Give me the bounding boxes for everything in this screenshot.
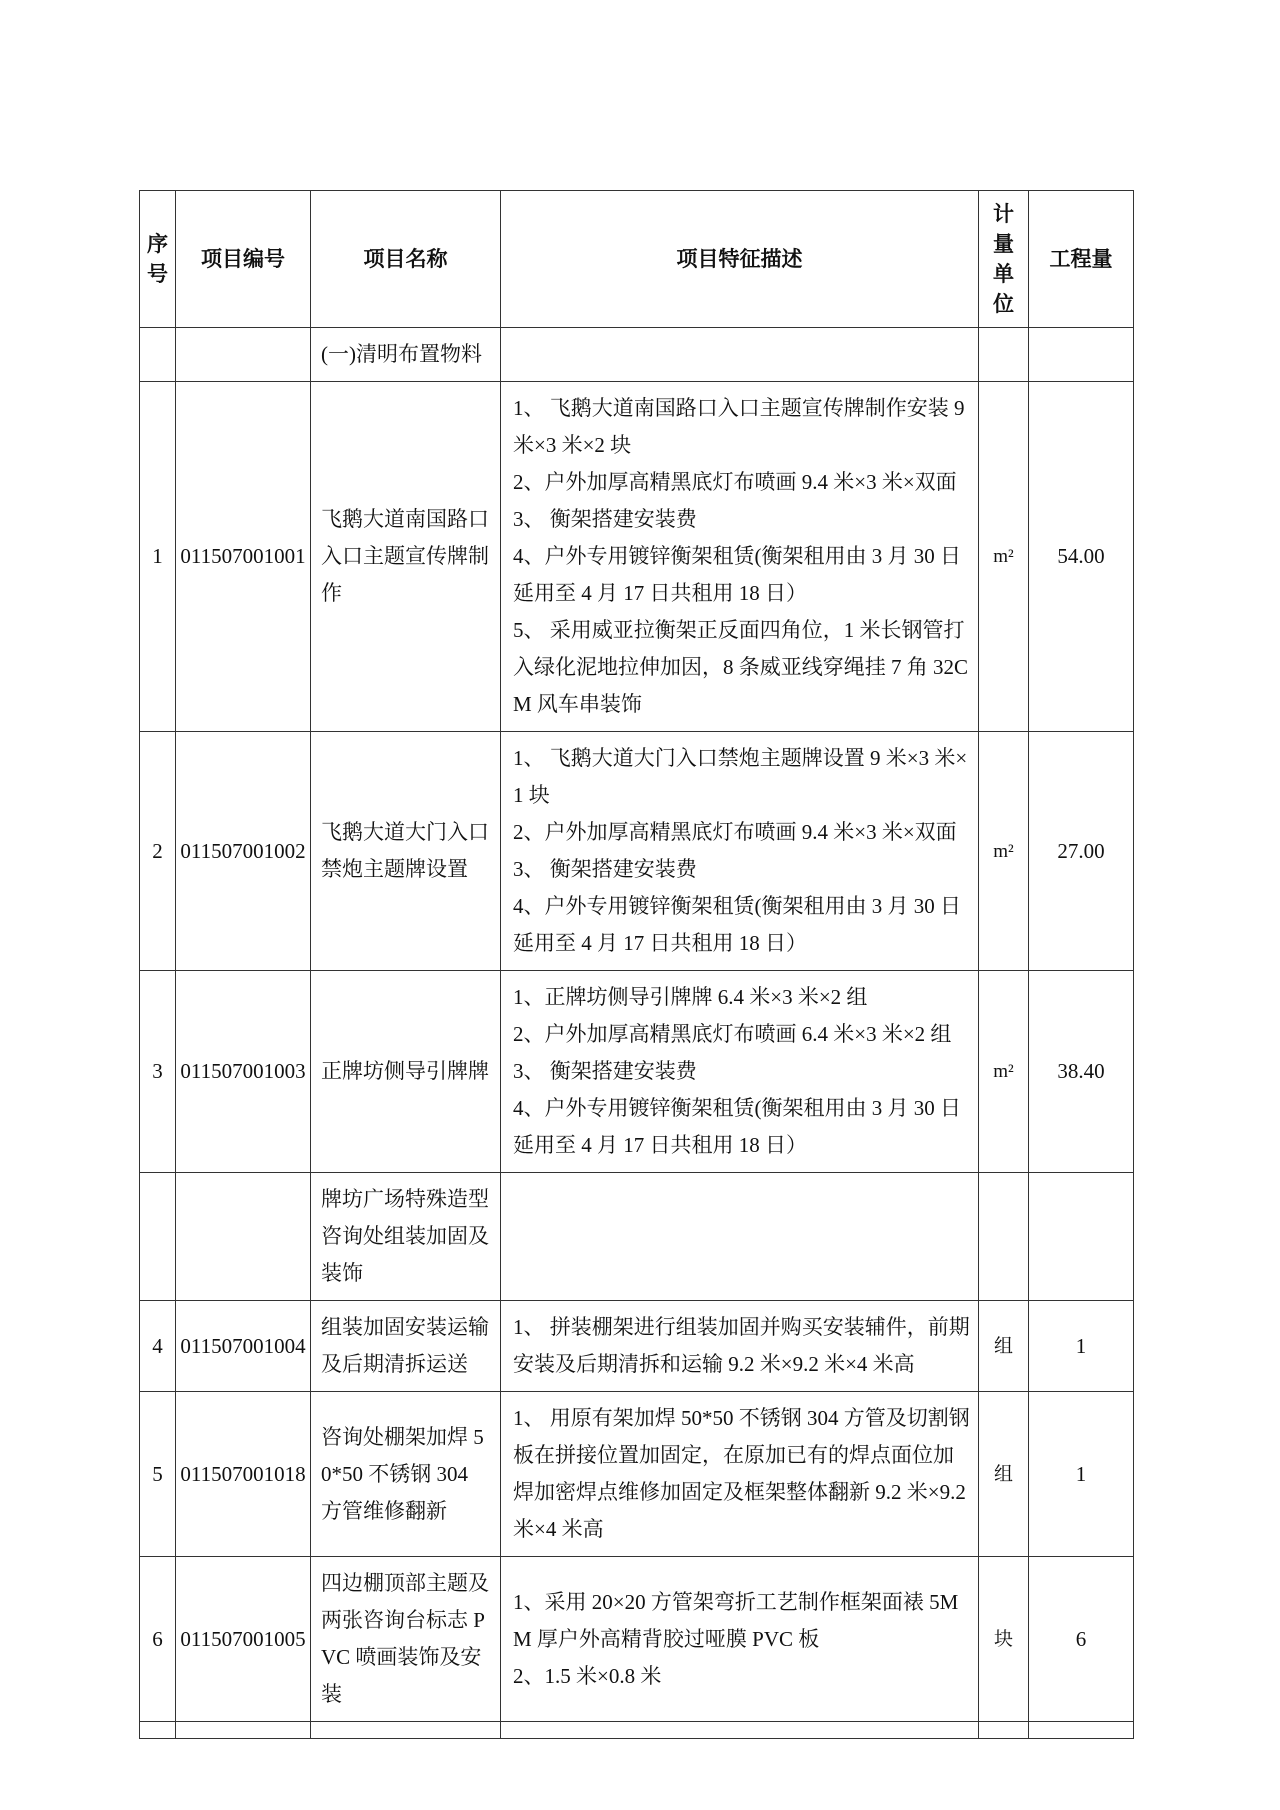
table-row: 1 011507001001 飞鹅大道南国路口入口主题宣传牌制作 1、 飞鹅大道… (140, 382, 1134, 732)
cell-index: 6 (140, 1557, 176, 1722)
cell-quantity (1029, 1173, 1134, 1301)
cell-quantity: 1 (1029, 1392, 1134, 1557)
cell-name: (一)清明布置物料 (311, 328, 501, 382)
cell-quantity: 54.00 (1029, 382, 1134, 732)
cell-description: 1、 拼装棚架进行组装加固并购买安装辅件，前期安装及后期清拆和运输 9.2 米×… (501, 1301, 979, 1392)
document-page: 序号 项目编号 项目名称 项目特征描述 计量单位 工程量 (一)清明布置物料 1… (0, 0, 1280, 1810)
header-name: 项目名称 (311, 191, 501, 328)
cell-index: 4 (140, 1301, 176, 1392)
header-unit: 计量单位 (979, 191, 1029, 328)
header-index: 序号 (140, 191, 176, 328)
cell-code (176, 328, 311, 382)
cell-quantity: 38.40 (1029, 971, 1134, 1173)
cell-description: 1、 飞鹅大道南国路口入口主题宣传牌制作安装 9 米×3 米×2 块 2、户外加… (501, 382, 979, 732)
cell-code: 011507001005 (176, 1557, 311, 1722)
cell-quantity (1029, 328, 1134, 382)
cell-index: 3 (140, 971, 176, 1173)
cell-unit: 组 (979, 1301, 1029, 1392)
cell-name: 牌坊广场特殊造型咨询处组装加固及装饰 (311, 1173, 501, 1301)
cell-description (501, 328, 979, 382)
header-row: 序号 项目编号 项目名称 项目特征描述 计量单位 工程量 (140, 191, 1134, 328)
cell-code: 011507001018 (176, 1392, 311, 1557)
cell-description: 1、采用 20×20 方管架弯折工艺制作框架面裱 5MM 厚户外高精背胶过哑膜 … (501, 1557, 979, 1722)
cell-code: 011507001003 (176, 971, 311, 1173)
cell-name: 咨询处棚架加焊 50*50 不锈钢 304 方管维修翻新 (311, 1392, 501, 1557)
cell-unit: m² (979, 971, 1029, 1173)
cell-unit (979, 328, 1029, 382)
cell-code: 011507001004 (176, 1301, 311, 1392)
cell-description (501, 1722, 979, 1739)
cell-name: 飞鹅大道南国路口入口主题宣传牌制作 (311, 382, 501, 732)
table-row: 3 011507001003 正牌坊侧导引牌牌 1、正牌坊侧导引牌牌 6.4 米… (140, 971, 1134, 1173)
cell-code (176, 1722, 311, 1739)
cell-unit (979, 1722, 1029, 1739)
header-code: 项目编号 (176, 191, 311, 328)
header-quantity: 工程量 (1029, 191, 1134, 328)
cell-index (140, 328, 176, 382)
cell-index: 5 (140, 1392, 176, 1557)
cell-unit: m² (979, 382, 1029, 732)
cell-name: 飞鹅大道大门入口禁炮主题牌设置 (311, 732, 501, 971)
cell-quantity (1029, 1722, 1134, 1739)
cell-quantity: 27.00 (1029, 732, 1134, 971)
cell-description: 1、 用原有架加焊 50*50 不锈钢 304 方管及切割钢板在拼接位置加固定，… (501, 1392, 979, 1557)
cell-quantity: 1 (1029, 1301, 1134, 1392)
cell-description: 1、 飞鹅大道大门入口禁炮主题牌设置 9 米×3 米×1 块 2、户外加厚高精黑… (501, 732, 979, 971)
cell-name (311, 1722, 501, 1739)
table-row: 2 011507001002 飞鹅大道大门入口禁炮主题牌设置 1、 飞鹅大道大门… (140, 732, 1134, 971)
cell-code (176, 1173, 311, 1301)
table-row: 6 011507001005 四边棚顶部主题及两张咨询台标志 PVC 喷画装饰及… (140, 1557, 1134, 1722)
cell-description: 1、正牌坊侧导引牌牌 6.4 米×3 米×2 组 2、户外加厚高精黑底灯布喷画 … (501, 971, 979, 1173)
boq-table: 序号 项目编号 项目名称 项目特征描述 计量单位 工程量 (一)清明布置物料 1… (139, 190, 1134, 1739)
cell-unit: 组 (979, 1392, 1029, 1557)
table-row (140, 1722, 1134, 1739)
header-description: 项目特征描述 (501, 191, 979, 328)
cell-name: 组装加固安装运输及后期清拆运送 (311, 1301, 501, 1392)
cell-index (140, 1722, 176, 1739)
cell-description (501, 1173, 979, 1301)
cell-code: 011507001002 (176, 732, 311, 971)
cell-unit: 块 (979, 1557, 1029, 1722)
cell-index: 2 (140, 732, 176, 971)
cell-index (140, 1173, 176, 1301)
cell-name: 正牌坊侧导引牌牌 (311, 971, 501, 1173)
section-row: 牌坊广场特殊造型咨询处组装加固及装饰 (140, 1173, 1134, 1301)
cell-code: 011507001001 (176, 382, 311, 732)
table-row: 5 011507001018 咨询处棚架加焊 50*50 不锈钢 304 方管维… (140, 1392, 1134, 1557)
section-row: (一)清明布置物料 (140, 328, 1134, 382)
cell-index: 1 (140, 382, 176, 732)
cell-quantity: 6 (1029, 1557, 1134, 1722)
cell-unit (979, 1173, 1029, 1301)
table-row: 4 011507001004 组装加固安装运输及后期清拆运送 1、 拼装棚架进行… (140, 1301, 1134, 1392)
cell-unit: m² (979, 732, 1029, 971)
cell-name: 四边棚顶部主题及两张咨询台标志 PVC 喷画装饰及安装 (311, 1557, 501, 1722)
